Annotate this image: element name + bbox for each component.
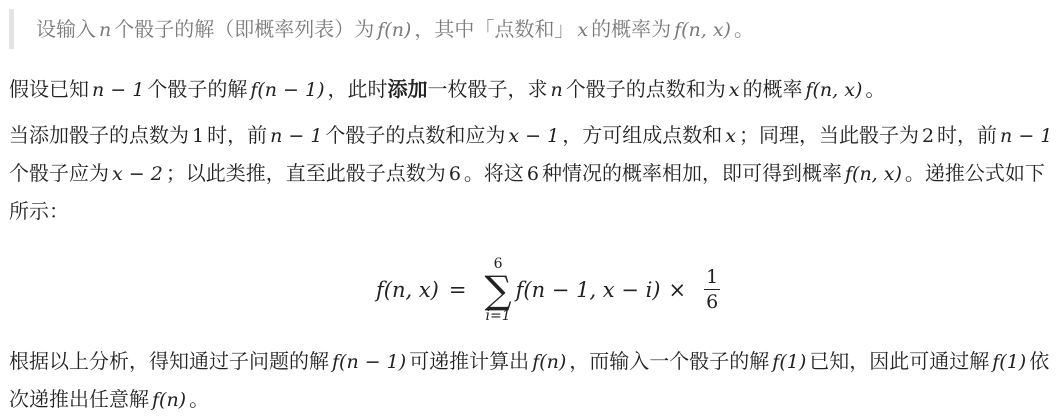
math-x: x bbox=[726, 79, 743, 101]
math-x-minus-2: x − 2 bbox=[109, 163, 166, 185]
quote-text: ，其中「点数和」 bbox=[414, 17, 574, 41]
math-n: n bbox=[548, 79, 566, 101]
math-f-n: f(n) bbox=[529, 351, 569, 373]
text: ，此时 bbox=[328, 77, 388, 101]
bold-text: 添加 bbox=[388, 77, 428, 101]
text: 根据以上分析，得知通过子问题的解 bbox=[9, 349, 329, 373]
text: 时，前 bbox=[207, 123, 267, 147]
text: 。将这 bbox=[464, 161, 524, 185]
times-sign: × bbox=[669, 278, 687, 302]
blockquote: 设输入n个骰子的解（即概率列表）为f(n)，其中「点数和」x的概率为f(n, x… bbox=[9, 9, 1009, 49]
math-f-n: f(n) bbox=[149, 389, 189, 411]
recurrence-formula: f(n, x) = 6 ∑ i=1 f(n − 1, x − i) × 1 6 bbox=[376, 252, 720, 327]
sigma-symbol: ∑ bbox=[485, 271, 512, 309]
fraction-numerator: 1 bbox=[704, 268, 720, 290]
math-x: x bbox=[574, 19, 591, 41]
math-f-n-minus-1: f(n − 1) bbox=[329, 351, 409, 373]
text: 已知，因此可通过解 bbox=[809, 349, 989, 373]
paragraph-derivation: 当添加骰子的点数为1时，前n − 1个骰子的点数和应为x − 1，方可组成点数和… bbox=[9, 117, 1057, 230]
quote-text: 的概率为 bbox=[591, 17, 671, 41]
fraction-denominator: 6 bbox=[706, 290, 718, 312]
math-2: 2 bbox=[919, 125, 937, 147]
formula-lhs: f(n, x) bbox=[376, 278, 439, 302]
fraction: 1 6 bbox=[704, 268, 720, 312]
math-x-minus-1: x − 1 bbox=[505, 125, 562, 147]
text: 时，前 bbox=[937, 123, 997, 147]
text: 一枚骰子，求 bbox=[428, 77, 548, 101]
math-f-n-x: f(n, x) bbox=[671, 19, 734, 41]
math-f-1: f(1) bbox=[769, 351, 809, 373]
text: 的概率 bbox=[742, 77, 802, 101]
text: 可递推计算出 bbox=[409, 349, 529, 373]
math-f-n-x: f(n, x) bbox=[802, 79, 865, 101]
math-f-1: f(1) bbox=[989, 351, 1029, 373]
summation: 6 ∑ i=1 bbox=[485, 257, 512, 323]
math-1: 1 bbox=[189, 125, 207, 147]
math-n-minus-1: n − 1 bbox=[89, 79, 147, 101]
quote-text: 设输入 bbox=[36, 17, 96, 41]
text: 种情况的概率相加，即可得到概率 bbox=[542, 161, 842, 185]
paragraph-conclusion: 根据以上分析，得知通过子问题的解f(n − 1)可递推计算出f(n)，而输入一个… bbox=[9, 343, 1057, 419]
math-f-n-x: f(n, x) bbox=[842, 163, 905, 185]
sum-lower-limit: i=1 bbox=[486, 309, 511, 323]
equals-sign: = bbox=[449, 278, 467, 302]
text: 个骰子的点数和应为 bbox=[325, 123, 505, 147]
text: 假设已知 bbox=[9, 77, 89, 101]
text: 个骰子的解 bbox=[147, 77, 247, 101]
math-6: 6 bbox=[446, 163, 464, 185]
text: 当添加骰子的点数为 bbox=[9, 123, 189, 147]
text: 。 bbox=[189, 387, 209, 411]
text: ，而输入一个骰子的解 bbox=[569, 349, 769, 373]
math-f-n-minus-1: f(n − 1) bbox=[247, 79, 327, 101]
text: ；以此类推，直至此骰子点数为 bbox=[166, 161, 446, 185]
text: ；同理，当此骰子为 bbox=[739, 123, 919, 147]
math-f-n: f(n) bbox=[374, 19, 414, 41]
text: ，方可组成点数和 bbox=[562, 123, 722, 147]
text: 个骰子的点数和为 bbox=[566, 77, 726, 101]
math-x: x bbox=[722, 125, 739, 147]
paragraph-assumption: 假设已知n − 1个骰子的解f(n − 1)，此时添加一枚骰子，求n个骰子的点数… bbox=[9, 71, 1057, 109]
quote-text: 。 bbox=[734, 17, 754, 41]
document: 设输入n个骰子的解（即概率列表）为f(n)，其中「点数和」x的概率为f(n, x… bbox=[0, 0, 1063, 420]
math-n: n bbox=[96, 19, 114, 41]
math-n-minus-1: n − 1 bbox=[997, 125, 1055, 147]
math-6: 6 bbox=[524, 163, 542, 185]
quote-text: 个骰子的解（即概率列表）为 bbox=[114, 17, 374, 41]
text: 。 bbox=[865, 77, 885, 101]
text: 个骰子应为 bbox=[9, 161, 109, 185]
formula-term: f(n − 1, x − i) bbox=[516, 278, 661, 302]
math-n-minus-1: n − 1 bbox=[267, 125, 325, 147]
